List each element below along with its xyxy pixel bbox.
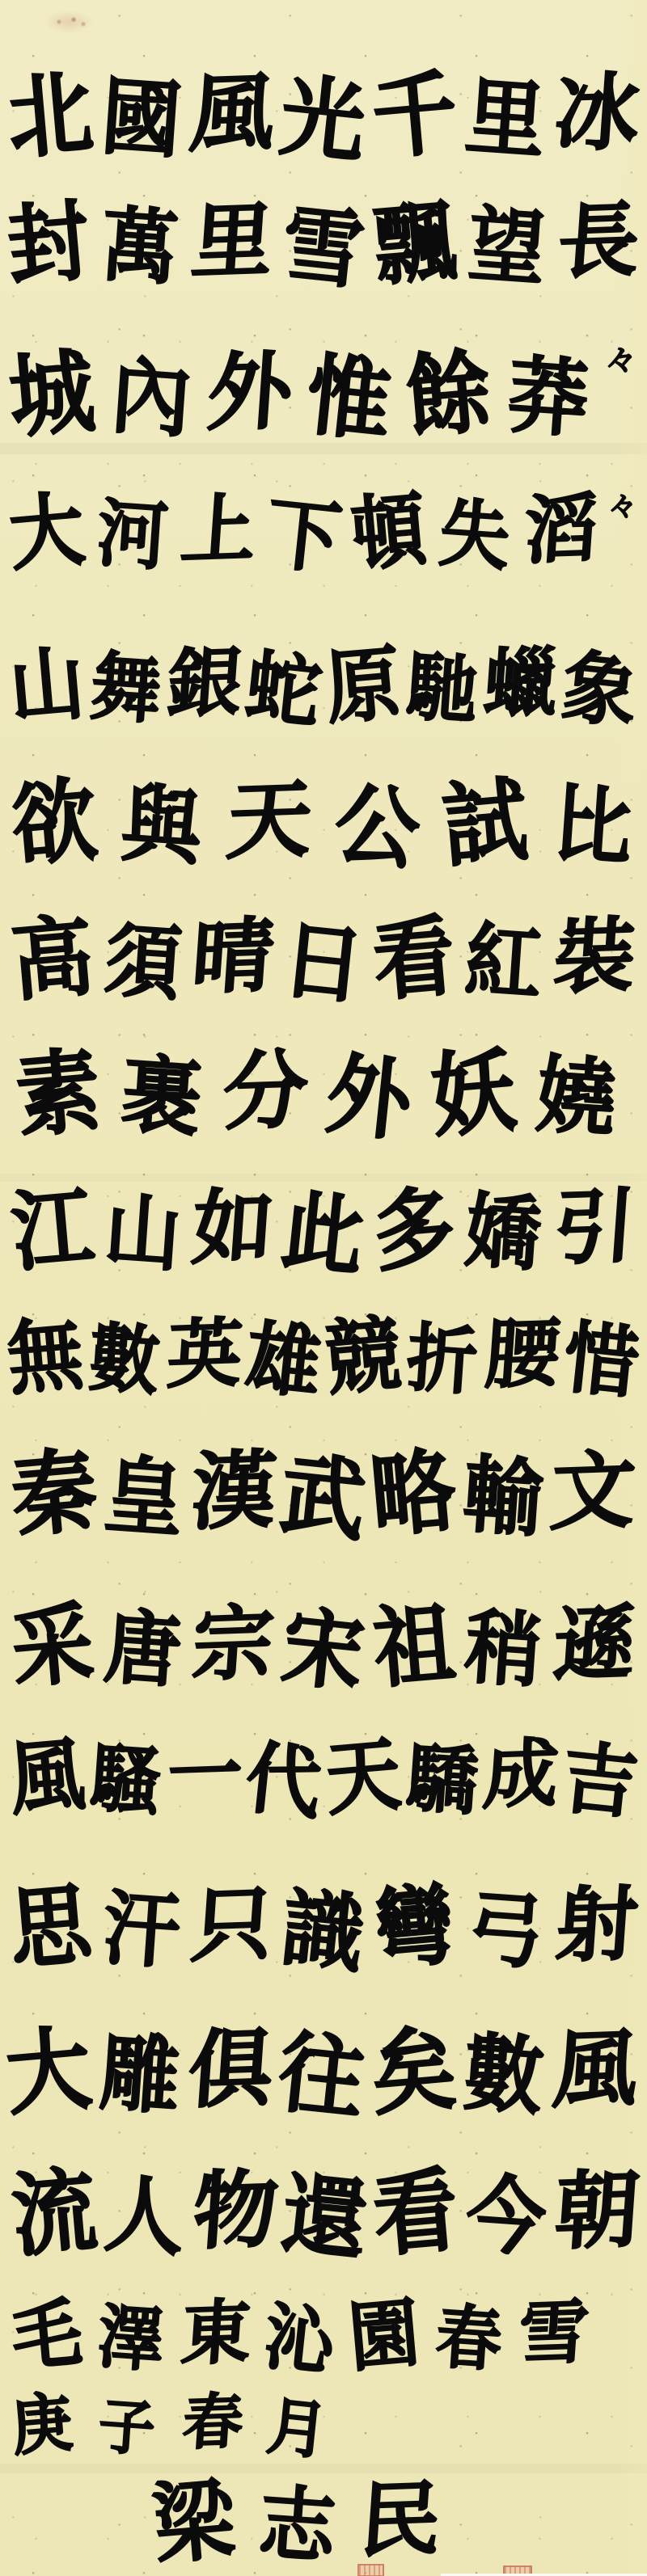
calligraphy-character: 冰 xyxy=(552,70,642,157)
calligraphy-character: 月 xyxy=(264,2395,331,2464)
calligraphy-character: 此 xyxy=(278,1187,367,1280)
calligraphy-character: 日 xyxy=(278,917,367,1010)
poem-line: 城 內 外 惟 餘 莽 々 xyxy=(10,348,637,441)
calligraphy-character: 蛇 xyxy=(243,647,325,732)
calligraphy-character: 馳 xyxy=(404,649,480,728)
calligraphy-character: 宋 xyxy=(278,1604,367,1697)
poem-line: 北 國 風 光 千 里 冰 xyxy=(8,69,639,162)
artist-signature: 梁 志 民 xyxy=(154,2477,441,2566)
calligraphy-character: 須 xyxy=(102,919,184,1005)
calligraphy-character: 晴 xyxy=(190,914,277,998)
calligraphy-character: 雕 xyxy=(97,2030,182,2119)
poem-line: 高 須 晴 日 看 紅 裝 xyxy=(12,913,635,1004)
calligraphy-character: 蠟 xyxy=(481,644,560,721)
calligraphy-character: 沁 xyxy=(261,2300,338,2380)
calligraphy-character: 識 xyxy=(278,1885,367,1978)
calligraphy-character: 原 xyxy=(323,642,404,728)
calligraphy-character: 汗 xyxy=(100,1887,182,1973)
calligraphy-character: 人 xyxy=(102,2171,187,2261)
poem-line: 思 汗 只 識 彎 弓 射 xyxy=(10,1882,637,1972)
poem-line: 大 雕 俱 往 矣 數 風 xyxy=(6,2025,637,2118)
calligraphy-character: 輸 xyxy=(460,1452,545,1541)
calligraphy-character: 英 xyxy=(165,1315,244,1392)
calligraphy-character: 與 xyxy=(120,781,205,871)
calligraphy-character: 內 xyxy=(108,352,193,442)
paper-fold-line xyxy=(0,1174,647,1182)
calligraphy-character: 成 xyxy=(481,1735,560,1812)
calligraphy-character: 妖 xyxy=(427,1044,518,1142)
calligraphy-character: 比 xyxy=(550,781,635,871)
calligraphy-character: 大 xyxy=(2,2022,94,2120)
calligraphy-character: 滔 xyxy=(521,491,600,567)
calligraphy-character: 長 xyxy=(556,199,642,283)
calligraphy-character: 雄 xyxy=(242,1318,324,1403)
calligraphy-character: 弓 xyxy=(465,1887,547,1973)
calligraphy-character: 武 xyxy=(277,1449,370,1545)
calligraphy-character: 城 xyxy=(6,345,97,443)
calligraphy-character: 多 xyxy=(370,1183,458,1276)
poem-line: 江 山 如 此 多 嬌 引 xyxy=(12,1184,635,1275)
calligraphy-character: 子 xyxy=(97,2397,158,2460)
calligraphy-character: 河 xyxy=(95,495,170,575)
calligraphy-character: 澤 xyxy=(96,2302,167,2376)
calligraphy-character: 山 xyxy=(102,1190,184,1275)
calligraphy-character: 無 xyxy=(5,1313,86,1399)
poem-line: 風 騷 一 代 天 驕 成 吉 xyxy=(10,1734,637,1819)
calligraphy-character: 文 xyxy=(548,1448,638,1535)
calligraphy-character: 代 xyxy=(243,1738,325,1823)
calligraphy-character: 上 xyxy=(179,491,258,567)
calligraphy-character: 里 xyxy=(188,199,275,283)
calligraphy-character: 天 xyxy=(225,777,315,864)
calligraphy-character: 看 xyxy=(370,2164,462,2262)
calligraphy-character: 下 xyxy=(262,493,345,579)
calligraphy-character: 銀 xyxy=(165,644,244,721)
calligraphy-character: 物 xyxy=(190,2167,280,2254)
calligraphy-character: 祖 xyxy=(370,1599,458,1693)
calligraphy-character: 外 xyxy=(205,348,295,436)
calligraphy-character: 惟 xyxy=(302,350,395,446)
calligraphy-character: 裹 xyxy=(120,1052,205,1141)
calligraphy-character: 折 xyxy=(405,1320,480,1399)
repeat-mark: 々 xyxy=(604,344,638,377)
calligraphy-character: 分 xyxy=(221,1048,311,1135)
calligraphy-character: 遜 xyxy=(552,1601,638,1685)
calligraphy-character: 看 xyxy=(370,912,458,1006)
calligraphy-character: 數 xyxy=(462,2030,547,2119)
calligraphy-character: 風 xyxy=(188,70,277,157)
calligraphy-character: 競 xyxy=(323,1313,404,1399)
signature-character: 梁 xyxy=(150,2475,238,2569)
calligraphy-character: 頓 xyxy=(349,488,429,575)
calligraphy-character: 東 xyxy=(179,2297,253,2369)
calligraphy-character: 望 xyxy=(466,204,548,289)
calligraphy-character: 射 xyxy=(554,1882,641,1967)
calligraphy-character: 試 xyxy=(439,774,531,871)
calligraphy-character: 失 xyxy=(438,495,513,575)
calligraphy-character: 高 xyxy=(8,912,96,1006)
calligraphy-character: 惜 xyxy=(560,1318,643,1403)
calligraphy-character: 雪 xyxy=(516,2297,590,2369)
calligraphy-character: 公 xyxy=(331,778,424,875)
calligraphy-character: 江 xyxy=(8,1183,96,1276)
calligraphy-character: 春 xyxy=(433,2302,504,2376)
calligraphy-character: 大 xyxy=(6,488,87,575)
calligraphy-character: 略 xyxy=(367,1444,459,1542)
calligraphy-character: 舞 xyxy=(88,649,163,728)
calligraphy-character: 天 xyxy=(323,1733,404,1819)
calligraphy-character: 數 xyxy=(87,1320,163,1399)
calligraphy-character: 飄 xyxy=(371,196,459,290)
poem-line: 封 萬 里 雪 飄 望 長 xyxy=(8,198,639,289)
poem-line: 欲 與 天 公 試 比 xyxy=(12,776,635,869)
red-seal-stamp xyxy=(357,2564,384,2576)
calligraphy-character: 山 xyxy=(6,642,87,728)
poem-line: 流 人 物 還 看 今 朝 xyxy=(12,2166,639,2259)
calligraphy-character: 騷 xyxy=(88,1740,163,1819)
repeat-mark: 々 xyxy=(607,491,639,524)
calligraphy-character: 國 xyxy=(99,74,184,163)
inscription-line: 毛 澤 東 沁 園 春 雪 xyxy=(12,2297,588,2375)
calligraphy-character: 腰 xyxy=(483,1315,562,1392)
faded-seal-stamp xyxy=(44,11,93,33)
calligraphy-character: 光 xyxy=(277,71,370,167)
calligraphy-character: 思 xyxy=(6,1880,94,1974)
calligraphy-character: 裝 xyxy=(552,914,638,998)
calligraphy-character: 稍 xyxy=(463,1606,545,1692)
calligraphy-character: 餘 xyxy=(403,345,494,443)
calligraphy-character: 春 xyxy=(180,2392,244,2454)
calligraphy-character: 宗 xyxy=(190,1601,277,1685)
poem-line: 山 舞 銀 蛇 原 馳 蠟 象 xyxy=(10,643,637,727)
poem-line: 采 唐 宗 宋 祖 稍 遜 xyxy=(12,1600,635,1691)
calligraphy-character: 風 xyxy=(551,2026,641,2113)
calligraphy-character: 萬 xyxy=(99,204,181,289)
calligraphy-character: 吉 xyxy=(559,1738,641,1823)
calligraphy-character: 象 xyxy=(559,647,641,732)
calligraphy-character: 還 xyxy=(279,2169,372,2265)
poem-line: 素 裹 分 外 妖 嬈 xyxy=(16,1047,619,1140)
calligraphy-character: 漢 xyxy=(189,1448,279,1535)
calligraphy-character: 往 xyxy=(275,2027,368,2123)
calligraphy-character: 流 xyxy=(8,2164,99,2262)
poem-line: 秦 皇 漢 武 略 輸 文 xyxy=(12,1447,635,1540)
calligraphy-character: 嬌 xyxy=(463,1190,545,1275)
calligraphy-character: 矣 xyxy=(367,2022,459,2120)
poem-line: 無 數 英 雄 競 折 腰 惜 xyxy=(8,1313,639,1398)
calligraphy-character: 莽 xyxy=(505,352,590,442)
calligraphy-character: 外 xyxy=(323,1049,416,1145)
calligraphy-character: 紅 xyxy=(463,919,545,1005)
calligraphy-character: 采 xyxy=(8,1599,96,1693)
calligraphy-character: 千 xyxy=(369,66,460,164)
calligraphy-character: 引 xyxy=(552,1185,638,1269)
paper-fold-line xyxy=(0,2464,647,2473)
inscription-date-line: 庚 子 春 月 xyxy=(12,2391,328,2459)
calligraphy-character: 唐 xyxy=(102,1606,184,1692)
calligraphy-character: 朝 xyxy=(552,2167,642,2254)
calligraphy-scroll: 北 國 風 光 千 里 冰 封 萬 里 雪 飄 望 長 城 內 外 惟 餘 莽 … xyxy=(0,0,647,2576)
calligraphy-character: 素 xyxy=(12,1044,104,1142)
calligraphy-character: 庚 xyxy=(10,2390,75,2460)
calligraphy-character: 園 xyxy=(346,2296,422,2376)
calligraphy-character: 毛 xyxy=(9,2296,85,2376)
signature-character: 民 xyxy=(357,2477,444,2561)
calligraphy-character: 如 xyxy=(190,1185,277,1269)
calligraphy-character: 驕 xyxy=(404,1740,480,1819)
calligraphy-character: 皇 xyxy=(101,1452,186,1541)
calligraphy-character: 秦 xyxy=(8,1444,99,1542)
calligraphy-character: 欲 xyxy=(8,774,99,871)
calligraphy-character: 雪 xyxy=(278,201,367,294)
calligraphy-character: 北 xyxy=(4,66,95,164)
signature-character: 志 xyxy=(256,2482,338,2568)
calligraphy-character: 一 xyxy=(165,1735,244,1812)
calligraphy-character: 只 xyxy=(189,1882,276,1967)
calligraphy-character: 風 xyxy=(6,1733,87,1819)
calligraphy-character: 嬈 xyxy=(534,1052,619,1141)
calligraphy-character: 今 xyxy=(463,2171,548,2261)
calligraphy-character: 彎 xyxy=(370,1880,459,1974)
calligraphy-character: 俱 xyxy=(186,2026,276,2113)
poem-line: 大 河 上 下 頓 失 滔 々 xyxy=(10,489,637,574)
calligraphy-character: 封 xyxy=(4,196,92,290)
calligraphy-character: 里 xyxy=(463,74,548,163)
